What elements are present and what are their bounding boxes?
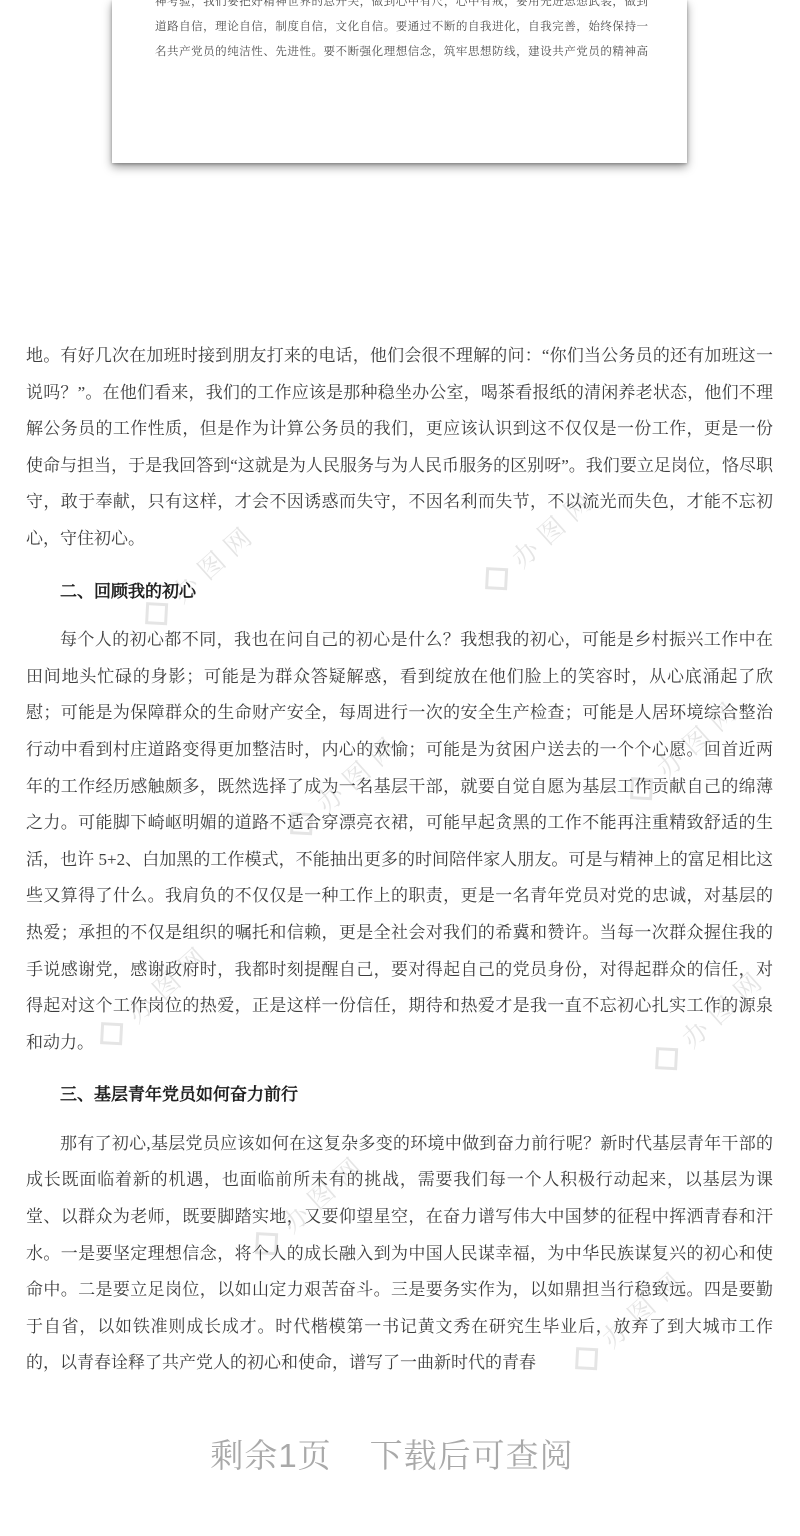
document-body: 地。有好几次在加班时接到朋友打来的电话，他们会很不理解的问：“你们当公务员的还有… xyxy=(26,338,773,1382)
remaining-pages-count: 剩余1页 xyxy=(210,1437,331,1474)
previous-page-line: 名共产党员的纯洁性、先进性。要不断强化理想信念，筑牢思想防线，建设共产党员的精神… xyxy=(155,40,648,65)
previous-page-line: 神考验，我们要把好精神世界的总开关，做到心中有尺，心中有戒，要用先进思想武装，做… xyxy=(155,0,648,15)
section-heading-2: 二、回顾我的初心 xyxy=(26,574,773,611)
previous-page-line: 道路自信，理论自信，制度自信，文化自信。要通过不断的自我进化，自我完善，始终保持… xyxy=(155,15,648,40)
previous-page-card: 神考验，我们要把好精神世界的总开关，做到心中有尺，心中有戒，要用先进思想武装，做… xyxy=(112,0,687,163)
paragraph-section-2: 每个人的初心都不同，我也在问自己的初心是什么？我想我的初心，可能是乡村振兴工作中… xyxy=(26,622,773,1061)
paragraph-section-3: 那有了初心,基层党员应该如何在这复杂多变的环境中做到奋力前行呢？新时代基层青年干… xyxy=(26,1126,773,1382)
document-preview-page: { "watermark": { "text": "办图网", "color":… xyxy=(0,0,800,1536)
download-hint: 下载后可查阅 xyxy=(370,1437,574,1474)
paragraph-intro: 地。有好几次在加班时接到朋友打来的电话，他们会很不理解的问：“你们当公务员的还有… xyxy=(26,338,773,558)
remaining-pages-notice: 剩余1页下载后可查阅 xyxy=(0,1430,784,1477)
section-heading-3: 三、基层青年党员如何奋力前行 xyxy=(26,1077,773,1114)
previous-page-text: 神考验，我们要把好精神世界的总开关，做到心中有尺，心中有戒，要用先进思想武装，做… xyxy=(112,0,687,65)
